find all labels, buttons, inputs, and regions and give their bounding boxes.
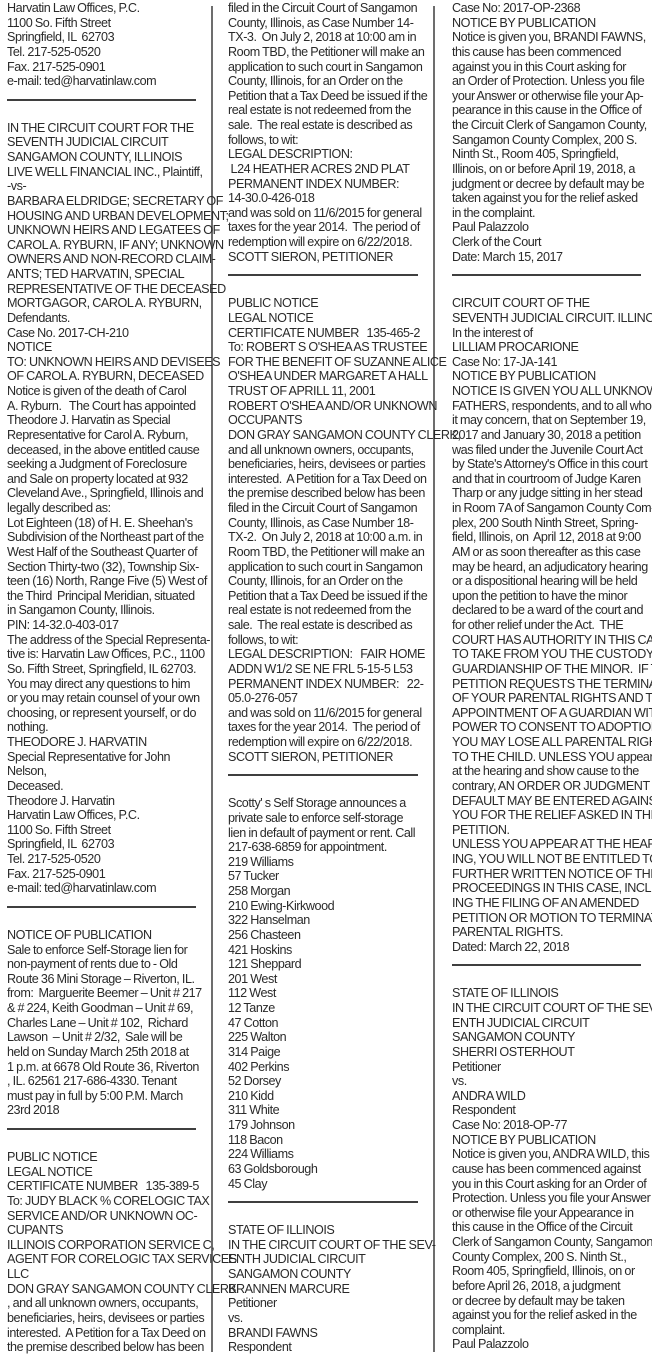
notice-text-line: Subdivision of the Northeast part of the	[7, 530, 211, 545]
notice-separator-rule	[7, 1128, 196, 1130]
notice-text-line: Scotty' s Self Storage announces a	[228, 796, 433, 811]
notice-text-line: TRUST OF APRILL 11, 2001	[228, 384, 433, 399]
notice-text-line: e-mail: ted@harvatinlaw.com	[7, 881, 211, 896]
notice-text-line: YOU FOR THE RELIEF ASKED IN THE	[452, 808, 650, 823]
legal-notice: PUBLIC NOTICELEGAL NOTICECERTIFICATE NUM…	[228, 295, 433, 764]
notice-text-line: redemption will expire on 6/22/2018.	[228, 735, 433, 750]
notice-text-line: 421 Hoskins	[228, 943, 433, 958]
notice-text-line: BRANNEN MARCURE	[228, 1282, 433, 1297]
notice-separator-rule	[228, 274, 418, 276]
notice-text-line: Fax. 217-525-0901	[7, 60, 211, 75]
notice-text-line: SANGAMON COUNTY, ILLINOIS	[7, 150, 211, 165]
notice-text-line: application to such court in Sangamon	[228, 60, 433, 75]
notice-text-line: Room TBD, the Petitioner will make an	[228, 545, 433, 560]
notice-text-line: may be heard, an adjudicatory hearing	[452, 560, 650, 575]
notice-text-line: Lot Eighteen (18) of H. E. Sheehan's	[7, 516, 211, 531]
legal-notice: filed in the Circuit Court of SangamonCo…	[228, 0, 433, 264]
notice-text-line: BARBARA ELDRIDGE; SECRETARY OF	[7, 194, 211, 209]
legal-notice: Scotty' s Self Storage announces aprivat…	[228, 795, 433, 1191]
notice-text-line: REPRESENTATIVE OF THE DECEASED	[7, 282, 211, 297]
notice-text-line: 05.0-276-057	[228, 691, 433, 706]
notice-text-line: 314 Paige	[228, 1045, 433, 1060]
notice-text-line: redemption will expire on 6/22/2018.	[228, 235, 433, 250]
notice-text-line: Case No: 2017-OP-2368	[452, 1, 650, 16]
notice-text-line: LEGAL DESCRIPTION:	[228, 147, 433, 162]
notice-text-line: Theodore J. Harvatin as Special	[7, 413, 211, 428]
notice-text-line: taken against you for the relief asked	[452, 191, 650, 206]
notice-text-line: 311 White	[228, 1103, 433, 1118]
notice-text-line: at the hearing and show cause to the	[452, 764, 650, 779]
notice-text-line: Theodore J. Harvatin	[7, 794, 211, 809]
notice-text-line: and was sold on 11/6/2015 for general	[228, 206, 433, 221]
notice-text-line: CAROL A. RYBURN, IF ANY; UNKNOWN	[7, 238, 211, 253]
notice-text-line: 402 Perkins	[228, 1060, 433, 1075]
notice-text-line: O'SHEA UNDER MARGARET A HALL	[228, 369, 433, 384]
notice-text-line: FOR THE BENEFIT OF SUZANNE ALICE	[228, 355, 433, 370]
notice-text-line: declared to be a ward of the court and	[452, 603, 650, 618]
notice-separator-rule	[452, 964, 641, 966]
notice-text-line: LIVE WELL FINANCIAL INC., Plaintiff,	[7, 165, 211, 180]
legal-notice: IN THE CIRCUIT COURT FOR THESEVENTH JUDI…	[7, 120, 211, 896]
notice-text-line: Room 405, Springfield, Illinois, on or	[452, 1264, 650, 1279]
notice-text-line: or otherwise file your Appearance in	[452, 1206, 650, 1221]
notice-text-line: 1100 So. Fifth Street	[7, 16, 211, 31]
notice-text-line: Petition that a Tax Deed be issued if th…	[228, 589, 433, 604]
notice-text-line: SERVICE AND/OR UNKNOWN OC-	[7, 1209, 211, 1224]
notice-text-line: ANDRA WILD	[452, 1089, 650, 1104]
notice-text-line: you in this Court asking for an Order of	[452, 1177, 650, 1192]
notice-text-line: must pay in full by 5:00 P.M. March	[7, 1089, 211, 1104]
notice-text-line: , and all unknown owners, occupants,	[7, 1296, 211, 1311]
notice-text-line: Defendants.	[7, 311, 211, 326]
notice-text-line: 57 Tucker	[228, 869, 433, 884]
notice-text-line: So. Fifth Street, Springfield, IL 62703.	[7, 662, 211, 677]
notice-text-line: FURTHER WRITTEN NOTICE OF THE	[452, 867, 650, 882]
notice-separator-rule	[7, 906, 196, 908]
notice-text-line: ILLINOIS CORPORATION SERVICE C,	[7, 1238, 211, 1253]
notice-text-line: ENTH JUDICIAL CIRCUIT	[228, 1252, 433, 1267]
notice-text-line: Lawson – Unit # 2/32, Sale will be	[7, 1030, 211, 1045]
notice-text-line: Respondent	[228, 1340, 433, 1355]
notice-text-line: 217-638-6859 for appointment.	[228, 840, 433, 855]
notice-text-line: PETITION OR MOTION TO TERMINATE	[452, 911, 650, 926]
notice-text-line: FATHERS, respondents, and to all whom	[452, 399, 650, 414]
notice-separator-rule	[228, 774, 418, 776]
notice-text-line: 121 Sheppard	[228, 957, 433, 972]
notice-text-line: YOU MAY LOSE ALL PARENTAL RIGHTS	[452, 735, 650, 750]
notice-text-line: Tel. 217-525-0520	[7, 852, 211, 867]
notice-text-line: POWER TO CONSENT TO ADOPTION,	[452, 720, 650, 735]
notice-text-line: 210 Ewing-Kirkwood	[228, 899, 433, 914]
notice-text-line: sale. The real estate is described as	[228, 618, 433, 633]
notice-text-line: Case No: 2018-OP-77	[452, 1118, 650, 1133]
notice-text-line: sale. The real estate is described as	[228, 118, 433, 133]
notice-text-line: PERMANENT INDEX NUMBER:	[228, 177, 433, 192]
notice-text-line: Ninth St., Room 405, Springfield,	[452, 147, 650, 162]
notice-text-line: SANGAMON COUNTY	[228, 1267, 433, 1282]
notice-separator-rule	[452, 274, 641, 276]
notice-text-line: 179 Johnson	[228, 1118, 433, 1133]
notice-text-line: Route 36 Mini Storage – Riverton, IL.	[7, 972, 211, 987]
notice-text-line: IN THE CIRCUIT COURT OF THE SEV-	[228, 1238, 433, 1253]
notice-text-line: lien in default of payment or rent. Call	[228, 826, 433, 841]
notice-text-line: STATE OF ILLINOIS	[452, 986, 650, 1001]
column-3: Case No: 2017-OP-2368NOTICE BY PUBLICATI…	[452, 0, 650, 1352]
notice-text-line: ING, YOU WILL NOT BE ENTITLED TO	[452, 852, 650, 867]
notice-text-line: LEGAL NOTICE	[228, 311, 433, 326]
notice-text-line: Sangamon County Complex, 200 S.	[452, 133, 650, 148]
notice-text-line: the premise described below has been	[7, 1340, 211, 1355]
notice-text-line: TX-3. On July 2, 2018 at 10:00 am in	[228, 30, 433, 45]
notice-text-line: teen (16) North, Range Five (5) West of	[7, 574, 211, 589]
notice-text-line: Cleveland Ave., Springfield, Illinois an…	[7, 486, 211, 501]
notice-text-line: SEVENTH JUDICIAL CIRCUIT. ILLINOIS	[452, 311, 650, 326]
notice-text-line: this cause has been commenced	[452, 45, 650, 60]
notice-text-line: IN THE CIRCUIT COURT OF THE SEV-	[452, 1001, 650, 1016]
notice-text-line: upon the petition to have the minor	[452, 589, 650, 604]
notice-text-line: 1 p.m. at 6678 Old Route 36, Riverton	[7, 1060, 211, 1075]
notice-text-line: COURT HAS AUTHORITY IN THIS CASE	[452, 633, 650, 648]
notice-text-line: AM or as soon thereafter as this case	[452, 545, 650, 560]
notice-text-line: Sale to enforce Self-Storage lien for	[7, 943, 211, 958]
notice-text-line: vs.	[228, 1311, 433, 1326]
notice-text-line: follows, to wit:	[228, 633, 433, 648]
notice-text-line: TO THE CHILD. UNLESS YOU appear	[452, 750, 650, 765]
notice-text-line: 12 Tanze	[228, 1001, 433, 1016]
notice-text-line: ING THE FILING OF AN AMENDED	[452, 896, 650, 911]
notice-text-line: TO: UNKNOWN HEIRS AND DEVISEES	[7, 355, 211, 370]
notice-text-line: SCOTT SIERON, PETITIONER	[228, 750, 433, 765]
legal-notice: CIRCUIT COURT OF THESEVENTH JUDICIAL CIR…	[452, 295, 650, 954]
notice-text-line: 219 Williams	[228, 855, 433, 870]
notice-text-line: NOTICE	[7, 340, 211, 355]
notice-text-line: plex, 200 South Ninth Street, Spring-	[452, 516, 650, 531]
notice-text-line: County Complex, 200 S. Ninth St.,	[452, 1250, 650, 1265]
notice-text-line: PUBLIC NOTICE	[228, 296, 433, 311]
notice-text-line: Tel. 217-525-0520	[7, 45, 211, 60]
notice-text-line: choosing, or represent yourself, or do	[7, 706, 211, 721]
legal-notice: NOTICE OF PUBLICATIONSale to enforce Sel…	[7, 927, 211, 1118]
notice-text-line: real estate is not redeemed from the	[228, 603, 433, 618]
notice-text-line: Harvatin Law Offices, P.C.	[7, 1, 211, 16]
legal-notice: Case No: 2017-OP-2368NOTICE BY PUBLICATI…	[452, 0, 650, 264]
notice-text-line: Petitioner	[228, 1296, 433, 1311]
notice-text-line: & # 224, Keith Goodman – Unit # 69,	[7, 1001, 211, 1016]
notice-text-line: Charles Lane – Unit # 102, Richard	[7, 1016, 211, 1031]
notice-text-line: filed in the Circuit Court of Sangamon	[228, 1, 433, 16]
notice-text-line: NOTICE OF PUBLICATION	[7, 928, 211, 943]
notice-text-line: Petitioner	[452, 1060, 650, 1075]
notice-text-line: the premise described below has been	[228, 486, 433, 501]
notice-text-line: judgment or decree by default may be	[452, 177, 650, 192]
notice-text-line: and all unknown owners, occupants,	[228, 443, 433, 458]
notice-text-line: NOTICE BY PUBLICATION	[452, 1133, 650, 1148]
legal-notice: STATE OF ILLINOISIN THE CIRCUIT COURT OF…	[228, 1222, 433, 1355]
notice-text-line: 225 Walton	[228, 1030, 433, 1045]
notice-text-line: DEFAULT MAY BE ENTERED AGAINST	[452, 794, 650, 809]
notice-text-line: real estate is not redeemed from the	[228, 103, 433, 118]
notice-text-line: County, Illinois, as Case Number 18-	[228, 516, 433, 531]
notice-text-line: CIRCUIT COURT OF THE	[452, 296, 650, 311]
notice-text-line: in Room 7A of Sangamon County Com-	[452, 501, 650, 516]
notice-text-line: Section Thirty-two (32), Township Six-	[7, 560, 211, 575]
notice-text-line: 118 Bacon	[228, 1133, 433, 1148]
notice-text-line: cause has been commenced against	[452, 1162, 650, 1177]
notice-text-line: e-mail: ted@harvatinlaw.com	[7, 74, 211, 89]
notice-text-line: Illinois, on or before April 19, 2018, a	[452, 162, 650, 177]
notice-separator-rule	[228, 1201, 418, 1203]
notice-text-line: SEVENTH JUDICIAL CIRCUIT	[7, 135, 211, 150]
notice-text-line: DON GRAY SANGAMON COUNTY CLERK	[7, 1282, 211, 1297]
notice-text-line: for other relief under the Act. THE	[452, 618, 650, 633]
notice-text-line: County, Illinois, for an Order on the	[228, 74, 433, 89]
notice-text-line: before April 26, 2018, a judgment	[452, 1279, 650, 1294]
notice-text-line: THEODORE J. HARVATIN	[7, 735, 211, 750]
notice-text-line: an Order of Protection. Unless you file	[452, 74, 650, 89]
notice-text-line: contrary, AN ORDER OR JUDGMENT BY	[452, 779, 650, 794]
notice-text-line: AGENT FOR CORELOGIC TAX SERVICES	[7, 1252, 211, 1267]
notice-text-line: UNLESS YOU APPEAR AT THE HEAR-	[452, 837, 650, 852]
notice-text-line: NOTICE IS GIVEN YOU ALL UNKNOWN	[452, 384, 650, 399]
notice-text-line: UNKNOWN HEIRS AND LEGATEES OF	[7, 223, 211, 238]
notice-text-line: PARENTAL RIGHTS.	[452, 925, 650, 940]
notice-text-line: OWNERS AND NON-RECORD CLAIM-	[7, 252, 211, 267]
notice-text-line: 52 Dorsey	[228, 1074, 433, 1089]
notice-text-line: and Sale on property located at 932	[7, 472, 211, 487]
notice-text-line: Case No. 2017-CH-210	[7, 326, 211, 341]
notice-text-line: OF CAROL A. RYBURN, DECEASED	[7, 369, 211, 384]
notice-text-line: the Circuit Clerk of Sangamon County,	[452, 118, 650, 133]
notice-text-line: 210 Kidd	[228, 1089, 433, 1104]
notice-text-line: OF YOUR PARENTAL RIGHTS AND THE	[452, 691, 650, 706]
notice-text-line: 45 Clay	[228, 1177, 433, 1192]
notice-text-line: 63 Goldsborough	[228, 1162, 433, 1177]
notice-text-line: Paul Palazzolo	[452, 220, 650, 235]
legal-notice: PUBLIC NOTICELEGAL NOTICECERTIFICATE NUM…	[7, 1149, 211, 1355]
notice-text-line: follows, to wit:	[228, 133, 433, 148]
notice-text-line: nothing.	[7, 720, 211, 735]
notice-text-line: seeking a Judgment of Foreclosure	[7, 457, 211, 472]
notice-text-line: Springfield, IL 62703	[7, 837, 211, 852]
notice-text-line: and that in courtroom of Judge Karen	[452, 472, 650, 487]
notice-text-line: The address of the Special Representa-	[7, 633, 211, 648]
notice-text-line: OCCUPANTS	[228, 413, 433, 428]
notice-text-line: County, Illinois, as Case Number 14-	[228, 16, 433, 31]
notice-text-line: Tharp or any judge sitting in her stead	[452, 486, 650, 501]
notice-text-line: To: JUDY BLACK % CORELOGIC TAX	[7, 1194, 211, 1209]
notice-text-line: from: Marguerite Beemer – Unit # 217	[7, 986, 211, 1001]
notice-text-line: ROBERT O'SHEA AND/OR UNKNOWN	[228, 399, 433, 414]
notice-text-line: Nelson,	[7, 764, 211, 779]
notice-text-line: legally described as:	[7, 501, 211, 516]
notice-text-line: ANTS; TED HARVATIN, SPECIAL	[7, 267, 211, 282]
notice-text-line: 23rd 2018	[7, 1103, 211, 1118]
notice-text-line: Protection. Unless you file your Answer	[452, 1191, 650, 1206]
notice-text-line: LILLIAM PROCARIONE	[452, 340, 650, 355]
notice-text-line: Respondent	[452, 1103, 650, 1118]
notice-text-line: BRANDI FAWNS	[228, 1326, 433, 1341]
notice-text-line: PUBLIC NOTICE	[7, 1150, 211, 1165]
notice-text-line: beneficiaries, heirs, devisees or partie…	[228, 457, 433, 472]
notice-text-line: beneficiaries, heirs, devisees or partie…	[7, 1311, 211, 1326]
notice-text-line: GUARDIANSHIP OF THE MINOR. IF THE	[452, 662, 650, 677]
notice-text-line: deceased, in the above entitled cause	[7, 443, 211, 458]
notice-text-line: non-payment of rents due to - Old	[7, 957, 211, 972]
column-1: Harvatin Law Offices, P.C.1100 So. Fifth…	[7, 0, 211, 1355]
legal-notice: STATE OF ILLINOISIN THE CIRCUIT COURT OF…	[452, 985, 650, 1352]
notice-text-line: Notice is given you, BRANDI FAWNS,	[452, 30, 650, 45]
notice-text-line: Date: March 15, 2017	[452, 250, 650, 265]
notice-text-line: Paul Palazzolo	[452, 1337, 650, 1352]
notice-text-line: PERMANENT INDEX NUMBER: 22-	[228, 677, 433, 692]
notice-text-line: 14-30.0-426-018	[228, 191, 433, 206]
notice-text-line: IN THE CIRCUIT COURT FOR THE	[7, 121, 211, 136]
notice-text-line: LEGAL DESCRIPTION: FAIR HOME	[228, 647, 433, 662]
notice-text-line: Clerk of Sangamon County, Sangamon	[452, 1235, 650, 1250]
notice-text-line: DON GRAY SANGAMON COUNTY CLERK,	[228, 428, 433, 443]
notice-text-line: against you for the relief asked in the	[452, 1308, 650, 1323]
notice-text-line: Special Representative for John	[7, 750, 211, 765]
notice-text-line: or decree by default may be taken	[452, 1294, 650, 1309]
notice-text-line: 256 Chasteen	[228, 928, 433, 943]
notice-text-line: 47 Cotton	[228, 1016, 433, 1031]
notice-text-line: interested. A Petition for a Tax Deed on	[228, 472, 433, 487]
notice-text-line: was filed under the Juvenile Court Act	[452, 443, 650, 458]
notice-text-line: CERTIFICATE NUMBER 135-465-2	[228, 326, 433, 341]
notice-text-line: complaint.	[452, 1323, 650, 1338]
notice-text-line: -vs-	[7, 179, 211, 194]
notice-text-line: HOUSING AND URBAN DEVELOPMENT;	[7, 209, 211, 224]
notice-text-line: in the complaint.	[452, 206, 650, 221]
notice-text-line: PETITION REQUESTS THE TERMINATION	[452, 677, 650, 692]
notice-text-line: and was sold on 11/6/2015 for general	[228, 706, 433, 721]
notice-text-line: PETITION.	[452, 823, 650, 838]
notice-text-line: In the interest of	[452, 326, 650, 341]
column-2: filed in the Circuit Court of SangamonCo…	[228, 0, 433, 1355]
notice-text-line: by State's Attorney's Office in this cou…	[452, 457, 650, 472]
notice-text-line: ENTH JUDICIAL CIRCUIT	[452, 1016, 650, 1031]
notice-text-line: it may concern, that on September 19,	[452, 413, 650, 428]
notice-text-line: your Answer or otherwise file your Ap-	[452, 89, 650, 104]
notice-text-line: PIN: 14-32.0-403-017	[7, 618, 211, 633]
notice-text-line: NOTICE BY PUBLICATION	[452, 16, 650, 31]
column-divider-2	[433, 6, 435, 1352]
notice-text-line: Harvatin Law Offices, P.C.	[7, 808, 211, 823]
notice-text-line: 322 Hanselman	[228, 913, 433, 928]
notice-text-line: LLC	[7, 1267, 211, 1282]
notice-text-line: Notice is given of the death of Carol	[7, 384, 211, 399]
notice-text-line: TX-2. On July 2, 2018 at 10:00 a.m. in	[228, 530, 433, 545]
notice-text-line: Room TBD, the Petitioner will make an	[228, 45, 433, 60]
notice-text-line: PROCEEDINGS IN THIS CASE, INCLUD-	[452, 881, 650, 896]
notice-text-line: tive is: Harvatin Law Offices, P.C., 110…	[7, 647, 211, 662]
notice-separator-rule	[7, 99, 196, 101]
notice-text-line: Case No: 17-JA-141	[452, 355, 650, 370]
notice-text-line: 224 Williams	[228, 1147, 433, 1162]
notice-text-line: application to such court in Sangamon	[228, 560, 433, 575]
notice-text-line: County, Illinois, for an Order on the	[228, 574, 433, 589]
notice-text-line: LEGAL NOTICE	[7, 1165, 211, 1180]
notice-text-line: MORTGAGOR, CAROL A. RYBURN,	[7, 296, 211, 311]
notice-text-line: Representative for Carol A. Ryburn,	[7, 428, 211, 443]
notice-text-line: vs.	[452, 1074, 650, 1089]
notice-text-line: this cause in the Office of the Circuit	[452, 1220, 650, 1235]
notice-text-line: pearance in this cause in the Office of	[452, 103, 650, 118]
notice-text-line: , IL. 62561 217-686-4330. Tenant	[7, 1074, 211, 1089]
notice-text-line: Deceased.	[7, 779, 211, 794]
notice-text-line: Clerk of the Court	[452, 235, 650, 250]
notice-text-line: A. Ryburn. The Court has appointed	[7, 399, 211, 414]
notice-text-line: held on Sunday March 25th 2018 at	[7, 1045, 211, 1060]
notice-text-line: 201 West	[228, 972, 433, 987]
notice-text-line: or you may retain counsel of your own	[7, 691, 211, 706]
legal-notice: Harvatin Law Offices, P.C.1100 So. Fifth…	[7, 0, 211, 89]
notice-text-line: filed in the Circuit Court of Sangamon	[228, 501, 433, 516]
notice-text-line: private sale to enforce self-storage	[228, 811, 433, 826]
notice-text-line: Petition that a Tax Deed be issued if th…	[228, 89, 433, 104]
notice-text-line: 258 Morgan	[228, 884, 433, 899]
notice-text-line: taxes for the year 2014. The period of	[228, 720, 433, 735]
notice-text-line: SCOTT SIERON, PETITIONER	[228, 250, 433, 265]
notice-text-line: SANGAMON COUNTY	[452, 1030, 650, 1045]
notice-text-line: To: ROBERT S O'SHEA AS TRUSTEE	[228, 340, 433, 355]
notice-text-line: Fax. 217-525-0901	[7, 867, 211, 882]
notice-text-line: You may direct any questions to him	[7, 677, 211, 692]
notice-text-line: 1100 So. Fifth Street	[7, 823, 211, 838]
notice-text-line: NOTICE BY PUBLICATION	[452, 369, 650, 384]
notice-text-line: Dated: March 22, 2018	[452, 940, 650, 955]
notice-text-line: taxes for the year 2014. The period of	[228, 220, 433, 235]
notice-text-line: Springfield, IL 62703	[7, 30, 211, 45]
notice-text-line: West Half of the Southeast Quarter of	[7, 545, 211, 560]
notice-text-line: ADDN W1/2 SE NE FRL 5-15-5 L53	[228, 662, 433, 677]
notice-text-line: L24 HEATHER ACRES 2ND PLAT	[228, 162, 433, 177]
notice-text-line: TO TAKE FROM YOU THE CUSTODY AND	[452, 647, 650, 662]
notice-text-line: in Sangamon County, Illinois.	[7, 603, 211, 618]
notice-text-line: CERTIFICATE NUMBER 135-389-5	[7, 1179, 211, 1194]
notice-text-line: Notice is given you, ANDRA WILD, this	[452, 1147, 650, 1162]
notice-text-line: 2017 and January 30, 2018 a petition	[452, 428, 650, 443]
notice-text-line: or a dispositional hearing will be held	[452, 574, 650, 589]
notice-text-line: SHERRI OSTERHOUT	[452, 1045, 650, 1060]
notice-text-line: CUPANTS	[7, 1223, 211, 1238]
notice-text-line: field, Illinois, on April 12, 2018 at 9:…	[452, 530, 650, 545]
notice-text-line: APPOINTMENT OF A GUARDIAN WITH	[452, 706, 650, 721]
notice-text-line: interested. A Petition for a Tax Deed on	[7, 1326, 211, 1341]
notice-text-line: the Third Principal Meridian, situated	[7, 589, 211, 604]
notice-text-line: STATE OF ILLINOIS	[228, 1223, 433, 1238]
notice-text-line: 112 West	[228, 986, 433, 1001]
notice-text-line: against you in this Court asking for	[452, 60, 650, 75]
